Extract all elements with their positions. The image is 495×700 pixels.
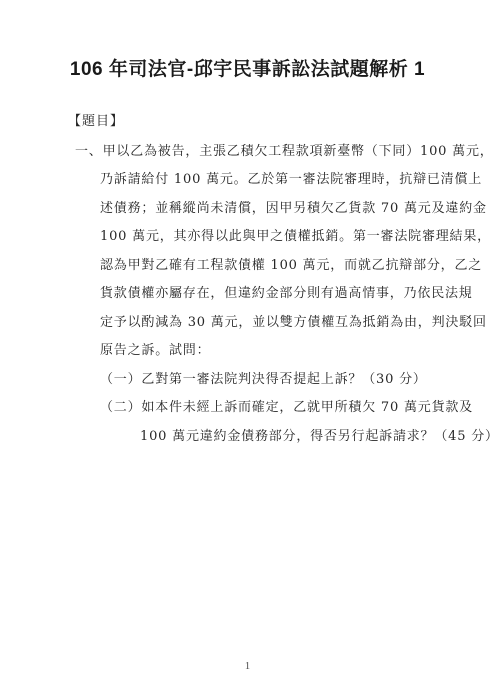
document-page: 106 年司法官-邱宇民事訴訟法試題解析 1 【題目】 一、甲以乙為被告，主張乙…: [0, 0, 495, 700]
question-line: 100 萬元，其亦得以此與甲之債權抵銷。第一審法院審理結果，: [68, 223, 435, 252]
question-line: 述債務；並稱縱尚未清償，因甲另積欠乙貨款 70 萬元及違約金: [68, 195, 435, 224]
section-label-question: 【題目】: [0, 110, 495, 129]
question-line: 認為甲對乙確有工程款債權 100 萬元，而就乙抗辯部分，乙之: [68, 252, 435, 281]
document-title: 106 年司法官-邱宇民事訴訟法試題解析 1: [0, 0, 495, 83]
question-line: 原告之訴。試問：: [68, 337, 435, 366]
question-line: 貨款債權亦屬存在，但違約金部分則有過高情事，乃依民法規: [68, 280, 435, 309]
question-line: 乃訴請給付 100 萬元。乙於第一審法院審理時，抗辯已清償上: [68, 166, 435, 195]
question-subitem-1: （一）乙對第一審法院判決得否提起上訴？（30 分）: [68, 366, 435, 395]
question-body: 一、甲以乙為被告，主張乙積欠工程款項新臺幣（下同）100 萬元， 乃訴請給付 1…: [0, 138, 495, 452]
question-subitem-2-continued: 100 萬元違約金債務部分，得否另行起訴請求？（45 分）: [68, 423, 435, 452]
question-line: 一、甲以乙為被告，主張乙積欠工程款項新臺幣（下同）100 萬元，: [68, 138, 435, 167]
question-subitem-2: （二）如本件未經上訴而確定，乙就甲所積欠 70 萬元貨款及: [68, 394, 435, 423]
question-line: 定予以酌減為 30 萬元，並以雙方債權互為抵銷為由，判決駁回: [68, 309, 435, 338]
page-number: 1: [0, 661, 495, 672]
